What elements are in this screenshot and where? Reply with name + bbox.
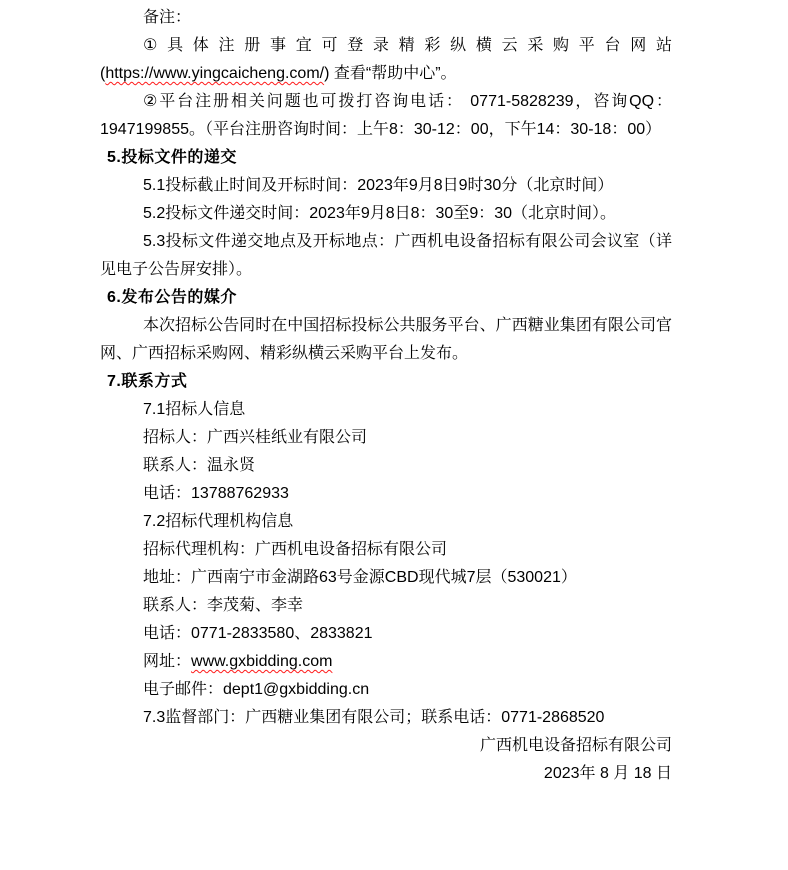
agency-contact-line: 联系人：李茂菊、李幸 (143, 592, 672, 620)
website-label: 网址： (143, 653, 191, 670)
registration-note-suffix: ) 查看“帮助中心”。 (324, 65, 456, 82)
signature-company: 广西机电设备招标有限公司 (100, 732, 672, 760)
tenderer-contact-line: 联系人：温永贤 (143, 452, 672, 480)
tenderer-name-line: 招标人：广西兴桂纸业有限公司 (143, 424, 672, 452)
tenderer-phone-line: 电话：13788762933 (143, 480, 672, 508)
hotline-note: ②平台注册相关问题也可拨打咨询电话： 0771-5828239，咨询QQ：194… (100, 88, 672, 144)
supervisor-line: 7.3监督部门：广西糖业集团有限公司；联系电话：0771-2868520 (143, 704, 672, 732)
section5-heading: 5.投标文件的递交 (107, 144, 672, 172)
remark-label: 备注： (100, 4, 672, 32)
announcement-media-paragraph: 本次招标公告同时在中国招标投标公共服务平台、广西糖业集团有限公司官网、广西招标采… (100, 312, 672, 368)
document-body: 备注： ①具体注册事宜可登录精彩纵横云采购平台网站 (https://www.y… (100, 4, 672, 788)
section6-heading: 6.发布公告的媒介 (107, 284, 672, 312)
registration-note: ①具体注册事宜可登录精彩纵横云采购平台网站 (https://www.yingc… (100, 32, 672, 88)
agency-phone-line: 电话：0771-2833580、2833821 (143, 620, 672, 648)
agency-info-heading: 7.2招标代理机构信息 (143, 508, 672, 536)
agency-website-url: www.gxbidding.com (191, 653, 332, 670)
agency-website-line: 网址：www.gxbidding.com (143, 648, 672, 676)
agency-email-line: 电子邮件：dept1@gxbidding.cn (143, 676, 672, 704)
submission-time-line: 5.2投标文件递交时间：2023年9月8日8：30至9：30（北京时间）。 (100, 200, 672, 228)
tenderer-info-heading: 7.1招标人信息 (143, 396, 672, 424)
section7-heading: 7.联系方式 (107, 368, 672, 396)
agency-name-line: 招标代理机构：广西机电设备招标有限公司 (143, 536, 672, 564)
signature-date: 2023年 8 月 18 日 (100, 760, 672, 788)
agency-address-line: 地址：广西南宁市金湖路63号金源CBD现代城7层（530021） (143, 564, 672, 592)
platform-url: https://www.yingcaicheng.com/ (105, 65, 324, 82)
submission-place-line: 5.3投标文件递交地点及开标地点：广西机电设备招标有限公司会议室（详见电子公告屏… (100, 228, 672, 284)
document-page[interactable]: 备注： ①具体注册事宜可登录精彩纵横云采购平台网站 (https://www.y… (0, 0, 788, 870)
bid-deadline-line: 5.1投标截止时间及开标时间：2023年9月8日9时30分（北京时间） (100, 172, 672, 200)
